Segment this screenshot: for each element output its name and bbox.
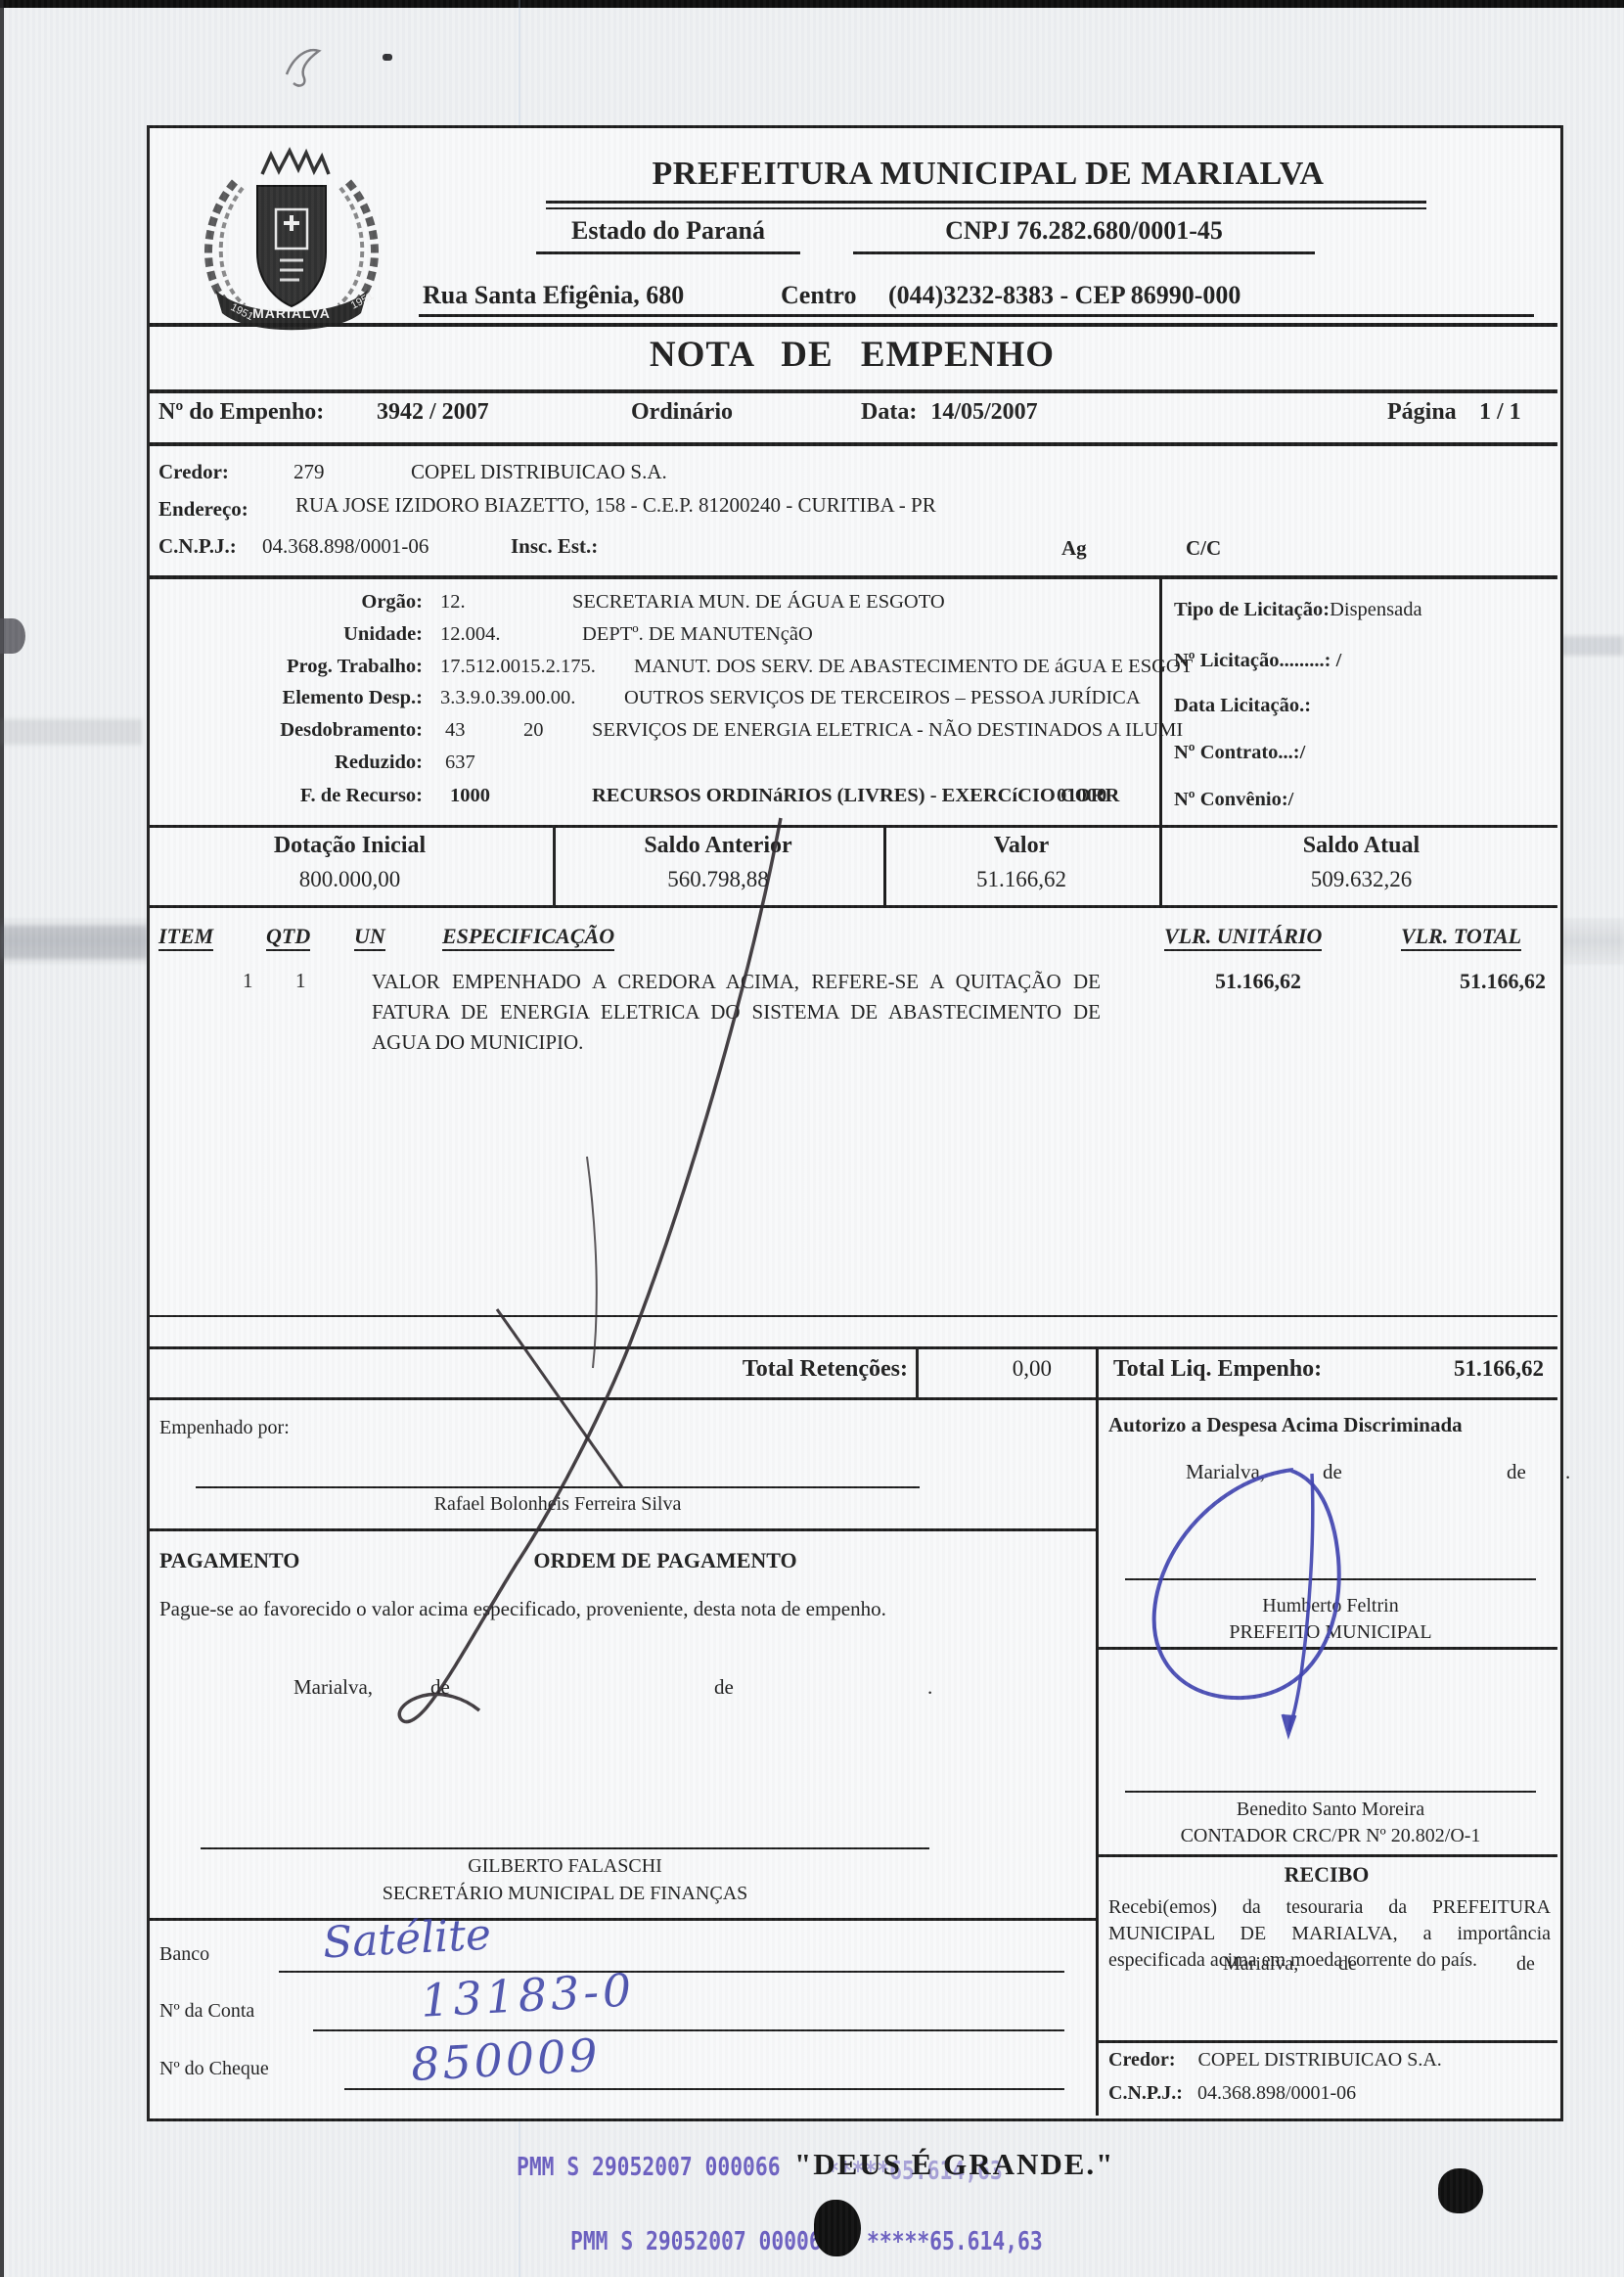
orcamento-row: Elemento Desp.: 3.3.9.0.39.00.00. OUTROS… <box>147 687 1159 716</box>
recibo-credor-value: COPEL DISTRIBUICAO S.A. <box>1198 2049 1442 2071</box>
empenhado-signature-line <box>196 1486 920 1488</box>
ponto: . <box>927 1675 932 1699</box>
valor-value: 51.166,62 <box>883 867 1159 892</box>
line-totais-bottom <box>147 1397 1557 1400</box>
logo-banner-text: MARIALVA <box>252 305 331 321</box>
line-valores-bottom <box>147 905 1557 908</box>
empenhado-nome: Rafael Bolonheis Ferreira Silva <box>196 1493 920 1516</box>
line-valores-top <box>147 825 1557 828</box>
col-header-qtd: QTD <box>266 924 310 948</box>
crown-icon <box>262 151 329 174</box>
insc-est-label: Insc. Est.: <box>511 534 598 558</box>
recibo-title: RECIBO <box>1096 1862 1557 1887</box>
de-2: de <box>714 1675 734 1699</box>
desdobramento-code2: 20 <box>523 719 544 743</box>
recibo-cnpj-label: C.N.P.J.: <box>1108 2082 1183 2104</box>
item-vlr-unitario: 51.166,62 <box>1135 969 1301 993</box>
num-contrato: Nº Contrato...:/ <box>1174 742 1305 765</box>
title-underline-2 <box>546 207 1426 209</box>
org-fone-cep: (044)3232-8383 - CEP 86990-000 <box>888 281 1241 310</box>
reduzido-label: Reduzido: <box>147 751 423 775</box>
ag-label: Ag <box>1061 536 1087 560</box>
scan-left-edge <box>0 0 4 2277</box>
de-1: de <box>1323 1460 1342 1483</box>
prog-trabalho-label: Prog. Trabalho: <box>147 656 423 679</box>
empenho-data: Data: 14/05/2007 <box>861 399 1038 427</box>
prefeito-nome: Humberto Feltrin <box>1125 1595 1536 1617</box>
scanned-document-page: 1951 MARIALVA 1951 PREFEITURA MUNICIPAL … <box>0 0 1624 2277</box>
data-line-recibo: Marialva, de de <box>1223 1953 1546 1981</box>
scan-band-left <box>0 719 142 745</box>
contador-cargo: CONTADOR CRC/PR Nº 20.802/O-1 <box>1125 1825 1536 1847</box>
secretario-nome: GILBERTO FALASCHI <box>201 1855 929 1878</box>
saldo-anterior-value: 560.798,88 <box>553 867 883 892</box>
conta-label: Nº da Conta <box>159 2000 254 2023</box>
col-header-item: ITEM <box>158 924 213 948</box>
reduzido-code: 637 <box>445 751 475 775</box>
desdobramento-code: 43 <box>445 719 466 743</box>
de-2: de <box>1507 1460 1526 1483</box>
ink-blob-stamp <box>814 2200 861 2256</box>
org-title: PREFEITURA MUNICIPAL DE MARIALVA <box>421 155 1556 193</box>
empenhado-por-label: Empenhado por: <box>159 1417 290 1439</box>
logo-year-right: 1951 <box>349 291 376 312</box>
empenho-num-label: Nº do Empenho: <box>158 399 324 427</box>
pagina-value: 1 / 1 <box>1479 399 1521 427</box>
total-liq-label: Total Liq. Empenho: <box>1113 1356 1322 1384</box>
autorizo-title: Autorizo a Despesa Acima Discriminada <box>1108 1413 1463 1436</box>
num-convenio: Nº Convênio:/ <box>1174 789 1293 812</box>
tipo-licitacao-value: Dispensada <box>1330 599 1422 620</box>
empenho-data-value: 14/05/2007 <box>930 399 1037 425</box>
tipo-licitacao-label: Tipo de Licitação: <box>1174 599 1330 620</box>
prog-trabalho-code: 17.512.0015.2.175. <box>440 656 596 679</box>
prog-trabalho-desc: MANUT. DOS SERV. DE ABASTECIMENTO DE áGU… <box>634 656 1193 679</box>
saldo-anterior-label: Saldo Anterior <box>553 833 883 860</box>
desdobramento-desc: SERVIÇOS DE ENERGIA ELETRICA - NÃO DESTI… <box>592 719 1183 743</box>
cc-label: C/C <box>1186 536 1221 560</box>
desdobramento-label: Desdobramento: <box>147 719 423 743</box>
coat-of-arms-logo: 1951 MARIALVA 1951 <box>174 145 409 341</box>
divider-totais-1 <box>916 1349 919 1397</box>
col-header-vlr-total: VLR. TOTAL <box>1401 924 1521 948</box>
prefeito-cargo: PREFEITO MUNICIPAL <box>1125 1621 1536 1644</box>
recibo-cnpj-row: C.N.P.J.: 04.368.898/0001-06 <box>1108 2082 1356 2105</box>
address-underline <box>419 314 1534 317</box>
credor-label: Credor: <box>158 460 229 483</box>
recibo-cnpj-value: 04.368.898/0001-06 <box>1197 2082 1356 2104</box>
orcamento-row: Prog. Trabalho: 17.512.0015.2.175. MANUT… <box>147 656 1159 685</box>
orcamento-row: F. de Recurso: 1000 RECURSOS ORDINáRIOS … <box>147 785 1159 814</box>
orgao-label: Orgão: <box>147 591 423 615</box>
credor-nome: COPEL DISTRIBUICAO S.A. <box>411 460 667 483</box>
total-retencoes-label: Total Retenções: <box>147 1356 908 1384</box>
contador-signature-line <box>1125 1791 1536 1793</box>
recibo-credor-row: Credor: COPEL DISTRIBUICAO S.A. <box>1108 2049 1442 2072</box>
data-licitacao: Data Licitação.: <box>1174 695 1311 718</box>
stamp-line1-pmm: PMM S 29052007 000066 <box>517 2153 781 2182</box>
banco-line <box>279 1971 1064 1973</box>
data-line-autorizo: Marialva, de de . <box>1127 1460 1557 1489</box>
credor-cnpj-value: 04.368.898/0001-06 <box>262 534 429 558</box>
cidade: Marialva, <box>1186 1460 1265 1483</box>
f-recurso-desc: RECURSOS ORDINáRIOS (LIVRES) - EXERCíCIO… <box>592 785 1119 808</box>
orgao-code: 12. <box>440 591 466 615</box>
stamp-line1-motto: "DEUS É GRANDE." <box>794 2147 1114 2182</box>
estado-underline <box>536 251 800 254</box>
orcamento-row: Unidade: 12.004. DEPTº. DE MANUTENçãO <box>147 623 1159 653</box>
cheque-handwriting: 850009 <box>410 2028 602 2091</box>
conta-handwriting: 13183-0 <box>420 1963 637 2027</box>
line-header-bottom <box>147 323 1557 327</box>
secretario-signature-line <box>201 1847 929 1849</box>
org-rua: Rua Santa Efigênia, 680 <box>423 281 684 310</box>
secretario-cargo: SECRETÁRIO MUNICIPAL DE FINANÇAS <box>201 1883 929 1905</box>
orgao-desc: SECRETARIA MUN. DE ÁGUA E ESGOTO <box>572 591 945 615</box>
ink-blob-right <box>1438 2168 1483 2213</box>
line-title-bottom <box>147 389 1557 393</box>
item-vlr-total: 51.166,62 <box>1375 969 1546 993</box>
credor-cnpj-label: C.N.P.J.: <box>158 534 237 558</box>
elemento-desp-code: 3.3.9.0.39.00.00. <box>440 687 575 710</box>
num-licitacao: Nº Licitação.........: / <box>1174 650 1341 673</box>
conta-line <box>313 2029 1064 2031</box>
total-liq-value: 51.166,62 <box>1331 1356 1544 1382</box>
empenho-tipo: Ordinário <box>631 399 733 427</box>
pagina-label: Página <box>1387 399 1457 427</box>
total-retencoes-value: 0,00 <box>920 1356 1052 1382</box>
pencil-dot <box>383 54 392 61</box>
line-recibo-credor-top <box>1096 2040 1557 2043</box>
org-estado: Estado do Paraná <box>540 216 796 246</box>
de-2: de <box>1516 1953 1535 1976</box>
banco-handwriting: Satélite <box>322 1910 492 1969</box>
line-credor-bottom <box>147 575 1557 579</box>
banco-label: Banco <box>159 1943 209 1966</box>
line-empenho-bottom <box>147 442 1557 446</box>
line-cheque-top <box>147 1918 1096 1921</box>
ponto: . <box>1565 1460 1570 1483</box>
empenho-num-value: 3942 / 2007 <box>377 399 489 427</box>
saldo-atual-value: 509.632,26 <box>1159 867 1563 892</box>
cheque-label: Nº do Cheque <box>159 2058 269 2080</box>
pagamento-title: PAGAMENTO <box>159 1548 299 1572</box>
cnpj-underline <box>853 251 1315 254</box>
stamp-line2-pmm: PMM S 29052007 00006 <box>570 2227 822 2256</box>
col-header-especificacao: ESPECIFICAÇÃO <box>442 924 614 948</box>
unidade-label: Unidade: <box>147 623 423 647</box>
item-num: 1 <box>243 969 253 992</box>
document-border-box <box>147 125 1563 2121</box>
line-totais-top <box>147 1346 1557 1349</box>
org-cnpj: CNPJ 76.282.680/0001-45 <box>853 216 1315 246</box>
orcamento-row: Orgão: 12. SECRETARIA MUN. DE ÁGUA E ESG… <box>147 591 1159 620</box>
dotacao-inicial-label: Dotação Inicial <box>147 833 553 860</box>
ordem-pagamento-title: ORDEM DE PAGAMENTO <box>411 1548 920 1572</box>
saldo-atual-label: Saldo Atual <box>1159 833 1563 860</box>
prefeito-signature-line <box>1125 1578 1536 1580</box>
line-recibo-top <box>1096 1854 1557 1857</box>
valor-label: Valor <box>883 833 1159 860</box>
shield-icon <box>257 186 326 306</box>
title-underline-1 <box>546 201 1426 204</box>
contador-nome: Benedito Santo Moreira <box>1125 1799 1536 1821</box>
unidade-desc: DEPTº. DE MANUTENçãO <box>582 623 813 647</box>
pague-se-texto: Pague-se ao favorecido o valor acima esp… <box>159 1593 918 1625</box>
f-recurso-label: F. de Recurso: <box>147 785 423 808</box>
tipo-licitacao: Tipo de Licitação:Dispensada <box>1174 599 1422 622</box>
unidade-code: 12.004. <box>440 623 501 647</box>
divider-columns <box>1096 1349 1099 2116</box>
scan-top-edge <box>0 0 1624 8</box>
orcamento-row: Reduzido: 637 <box>147 751 1159 781</box>
endereco-value: RUA JOSE IZIDORO BIAZETTO, 158 - C.E.P. … <box>295 493 936 517</box>
cidade: Marialva, <box>293 1675 373 1699</box>
de-1: de <box>430 1675 450 1699</box>
elemento-desp-label: Elemento Desp.: <box>147 687 423 710</box>
line-contador-top <box>1096 1647 1557 1650</box>
item-descricao: VALOR EMPENHADO A CREDORA ACIMA, REFERE-… <box>372 967 1101 1058</box>
org-bairro: Centro <box>781 281 857 310</box>
cidade: Marialva, <box>1223 1953 1298 1976</box>
empenho-data-label: Data: <box>861 399 917 425</box>
f-recurso-extra: 01000 <box>1057 785 1106 808</box>
pencil-squiggle <box>287 50 319 85</box>
doc-title: NOTA DE EMPENHO <box>147 335 1557 377</box>
recibo-credor-label: Credor: <box>1108 2049 1176 2071</box>
line-pagamento-top <box>147 1528 1096 1531</box>
endereco-label: Endereço: <box>158 497 248 521</box>
f-recurso-code: 1000 <box>450 785 490 808</box>
item-qtd: 1 <box>295 969 306 992</box>
credor-codigo: 279 <box>293 460 325 483</box>
col-header-vlr-unitario: VLR. UNITÁRIO <box>1164 924 1322 948</box>
line-item-area-bottom <box>147 1315 1557 1317</box>
scan-band-item-header-dark <box>0 926 147 959</box>
dotacao-inicial-value: 800.000,00 <box>147 867 553 892</box>
data-line-pagamento: Marialva, de de . <box>293 1675 939 1705</box>
stamp-line2-amount: *****65.614,63 <box>867 2227 1043 2256</box>
col-header-un: UN <box>354 924 385 948</box>
elemento-desp-desc: OUTROS SERVIÇOS DE TERCEIROS – PESSOA JU… <box>624 687 1141 710</box>
scan-left-blob <box>0 618 25 654</box>
orcamento-row: Desdobramento: 43 20 SERVIÇOS DE ENERGIA… <box>147 719 1159 749</box>
de-1: de <box>1338 1953 1357 1976</box>
